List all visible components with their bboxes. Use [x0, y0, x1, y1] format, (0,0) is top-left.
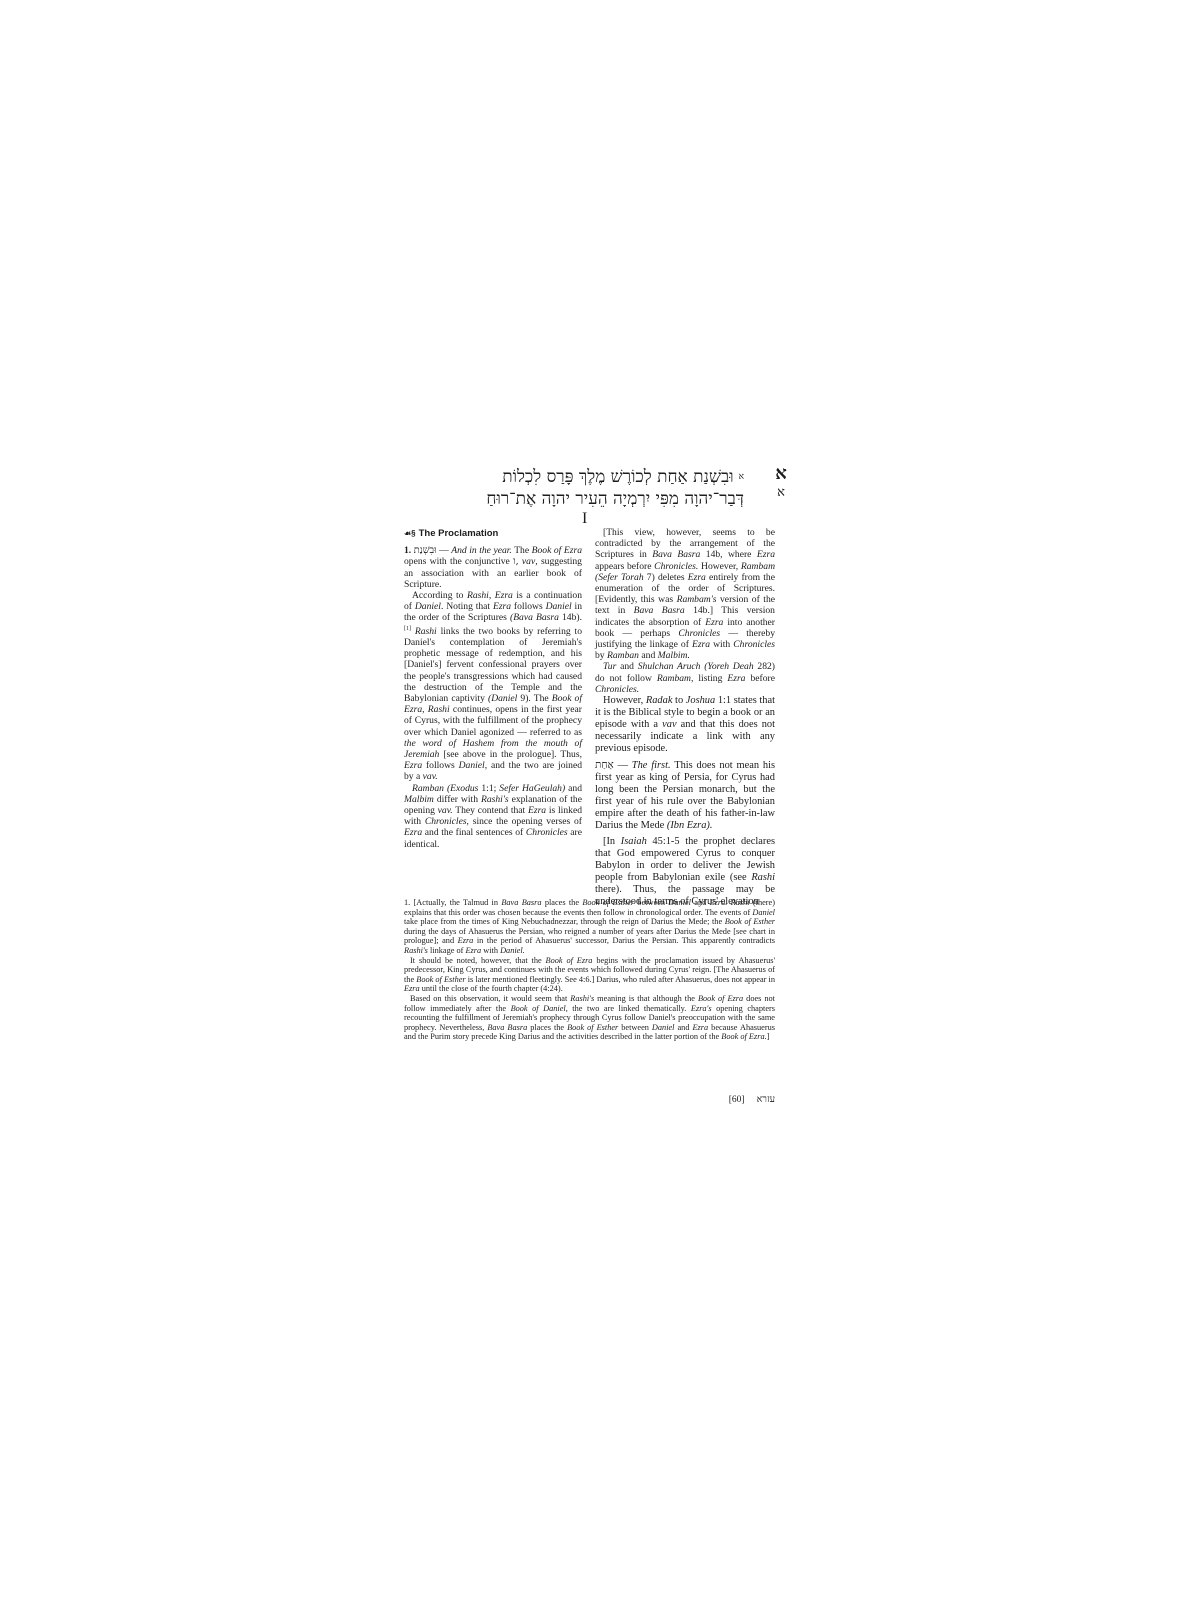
commentary-paragraph: Tur and Shulchan Aruch (Yoreh Deah 282) …	[595, 661, 775, 695]
commentary-paragraph: 1. וּבִשְׁנַת — And in the year. The Boo…	[404, 545, 582, 590]
chapter-letter-large: א	[770, 464, 792, 484]
footnote-section: 1. [Actually, the Talmud in Bava Basra p…	[404, 898, 775, 1042]
footnote-paragraph: It should be noted, however, that the Bo…	[404, 956, 775, 994]
verse-number: א	[739, 472, 744, 482]
commentary-paragraph: However, Radak to Joshua 1:1 states that…	[595, 695, 775, 755]
commentary-paragraph: [This view, however, seems to be contrad…	[595, 527, 775, 661]
footnote-ref: [1]	[404, 626, 411, 632]
page-footer: עזרא[60]	[700, 1094, 775, 1105]
footnote-paragraph: 1. [Actually, the Talmud in Bava Basra p…	[404, 898, 775, 956]
chapter-roman-numeral: I	[582, 510, 587, 528]
ornament-icon: ☙§	[404, 529, 416, 538]
footnote-paragraph: Based on this observation, it would seem…	[404, 994, 775, 1042]
hebrew-line-1: אוּבִשְׁנַת אַחַת לְכוֹרֶשׁ מֶלֶךְ פָּרַ…	[404, 466, 744, 488]
chapter-marker: א א	[770, 464, 792, 502]
commentary-paragraph: אַחַת — The first. This does not mean hi…	[595, 759, 775, 832]
commentary-right-column: [This view, however, seems to be contrad…	[595, 527, 775, 908]
section-heading: ☙§The Proclamation	[404, 528, 582, 539]
page-number: [60]	[729, 1095, 745, 1105]
commentary-left-column: ☙§The Proclamation 1. וּבִשְׁנַת — And i…	[404, 528, 582, 850]
hebrew-verse-text: אוּבִשְׁנַת אַחַת לְכוֹרֶשׁ מֶלֶךְ פָּרַ…	[404, 466, 744, 510]
commentary-paragraph: According to Rashi, Ezra is a continuati…	[404, 590, 582, 783]
chapter-letter-small: א	[770, 484, 792, 502]
commentary-paragraph: Ramban (Exodus 1:1; Sefer HaGeulah) and …	[404, 783, 582, 850]
hebrew-line-2: דְּבַר־יהוָה מִפִּי יִרְמְיָה הֵעִיר יהו…	[404, 488, 744, 510]
running-book-title: עזרא	[757, 1094, 775, 1105]
